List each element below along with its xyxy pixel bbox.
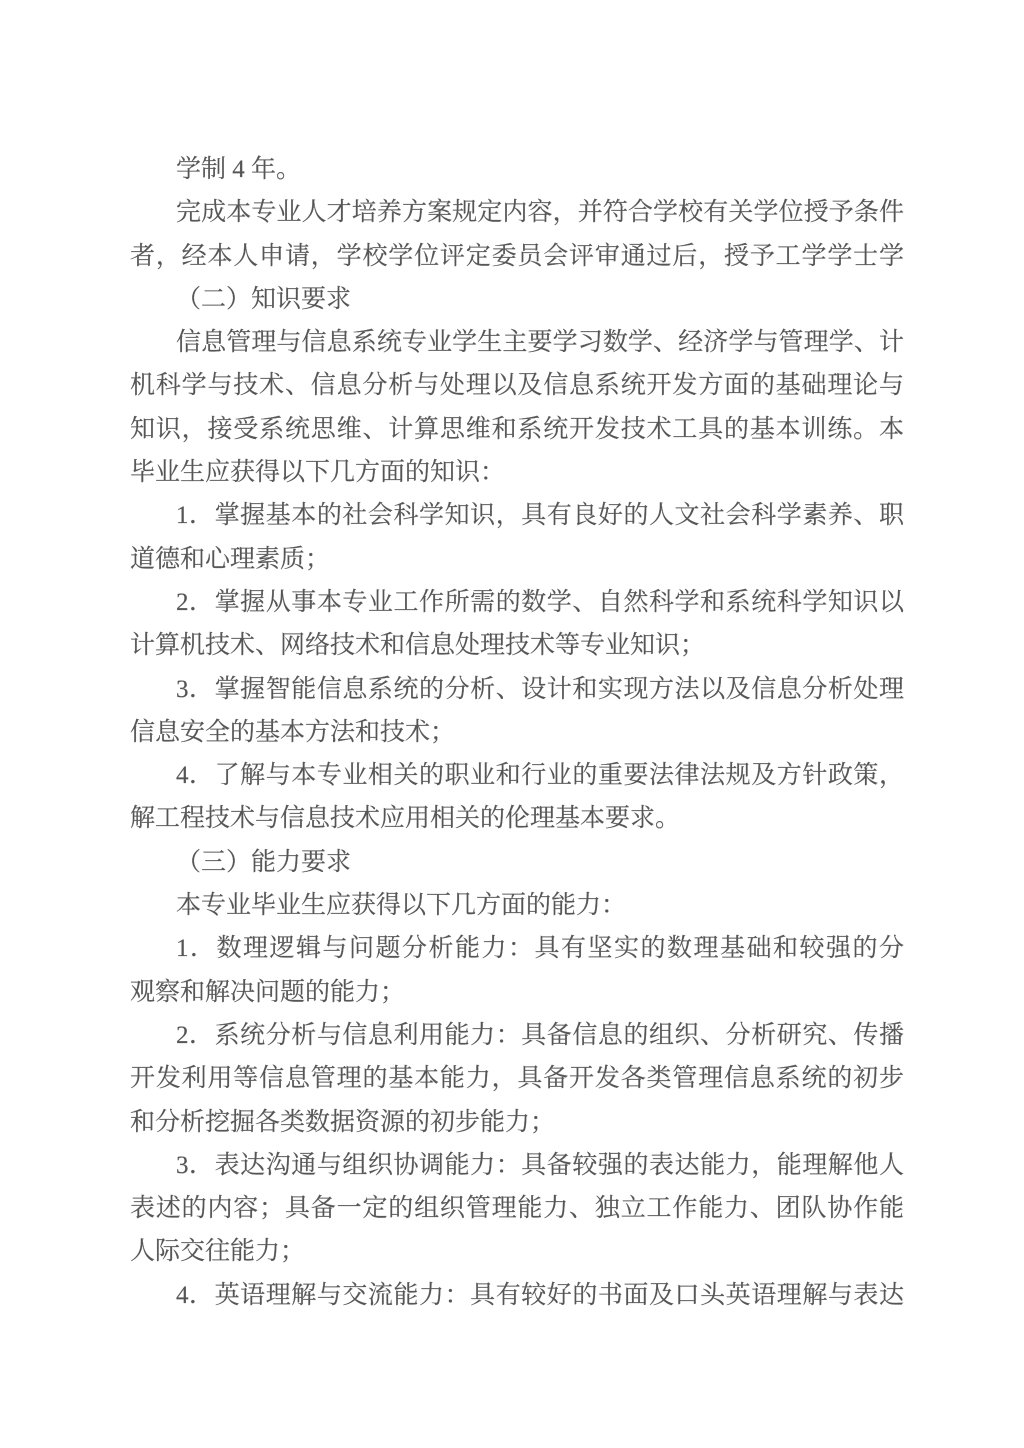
text-line: 完成本专业人才培养方案规定内容，并符合学校有关学位授予条件 [130, 191, 904, 234]
text-line: 1．掌握基本的社会科学知识，具有良好的人文社会科学素养、职业 [130, 494, 904, 537]
text-line: 开发利用等信息管理的基本能力，具备开发各类管理信息系统的初步能力 [130, 1057, 904, 1100]
text-line: 3．掌握智能信息系统的分析、设计和实现方法以及信息分析处理与 [130, 668, 904, 711]
text-line: 毕业生应获得以下几方面的知识： [130, 451, 904, 494]
text-line: 表述的内容；具备一定的组织管理能力、独立工作能力、团队协作能力和 [130, 1187, 904, 1230]
text-line: 信息安全的基本方法和技术； [130, 711, 904, 754]
text-line: 1．数理逻辑与问题分析能力：具有坚实的数理基础和较强的分析、 [130, 927, 904, 970]
text-line: 机科学与技术、信息分析与处理以及信息系统开发方面的基础理论与专业 [130, 364, 904, 407]
text-line: 者，经本人申请，学校学位评定委员会评审通过后，授予工学学士学位。 [130, 235, 904, 278]
text-line: 学制 4 年。 [130, 148, 904, 191]
text-line: 信息管理与信息系统专业学生主要学习数学、经济学与管理学、计算 [130, 321, 904, 364]
text-line: 道德和心理素质； [130, 538, 904, 581]
text-line: 观察和解决问题的能力； [130, 971, 904, 1014]
text-line: 本专业毕业生应获得以下几方面的能力： [130, 884, 904, 927]
text-line: 计算机技术、网络技术和信息处理技术等专业知识； [130, 624, 904, 667]
text-line: （二）知识要求 [130, 278, 904, 321]
text-line: 和分析挖掘各类数据资源的初步能力； [130, 1101, 904, 1144]
text-line: 知识，接受系统思维、计算思维和系统开发技术工具的基本训练。本专业 [130, 408, 904, 451]
text-line: 人际交往能力； [130, 1230, 904, 1273]
document-lines: 学制 4 年。完成本专业人才培养方案规定内容，并符合学校有关学位授予条件者，经本… [130, 148, 904, 1317]
text-line: 4．英语理解与交流能力：具有较好的书面及口头英语理解与表达能 [130, 1274, 904, 1317]
text-line: 2．系统分析与信息利用能力：具备信息的组织、分析研究、传播与 [130, 1014, 904, 1057]
text-line: 解工程技术与信息技术应用相关的伦理基本要求。 [130, 797, 904, 840]
text-line: 4．了解与本专业相关的职业和行业的重要法律法规及方针政策，理 [130, 754, 904, 797]
text-line: 3．表达沟通与组织协调能力：具备较强的表达能力，能理解他人所 [130, 1144, 904, 1187]
document-page: 学制 4 年。完成本专业人才培养方案规定内容，并符合学校有关学位授予条件者，经本… [0, 0, 1024, 1448]
text-line: （三）能力要求 [130, 841, 904, 884]
text-line: 2．掌握从事本专业工作所需的数学、自然科学和系统科学知识以及 [130, 581, 904, 624]
